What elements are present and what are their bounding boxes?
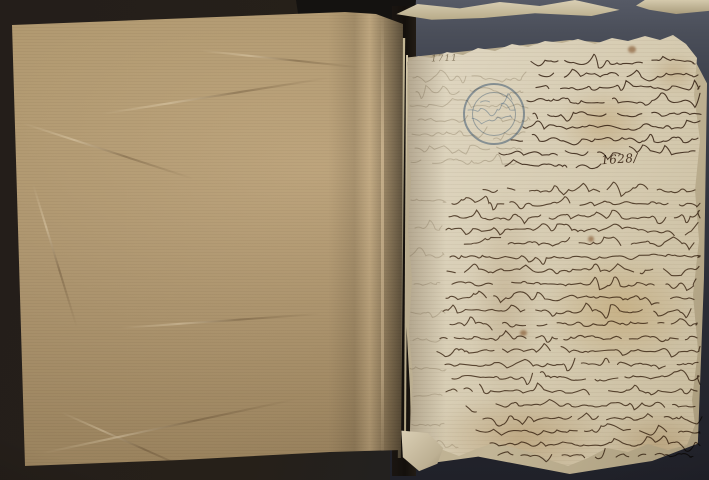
year-inscription: 1628/	[601, 151, 639, 168]
archival-cote-inscription: 1711	[431, 54, 458, 65]
page-fold-highlight	[381, 10, 384, 470]
archive-stamp-icon	[463, 83, 525, 145]
archival-photo: 1628/ 1711	[0, 0, 709, 480]
page-fold	[328, 0, 404, 480]
